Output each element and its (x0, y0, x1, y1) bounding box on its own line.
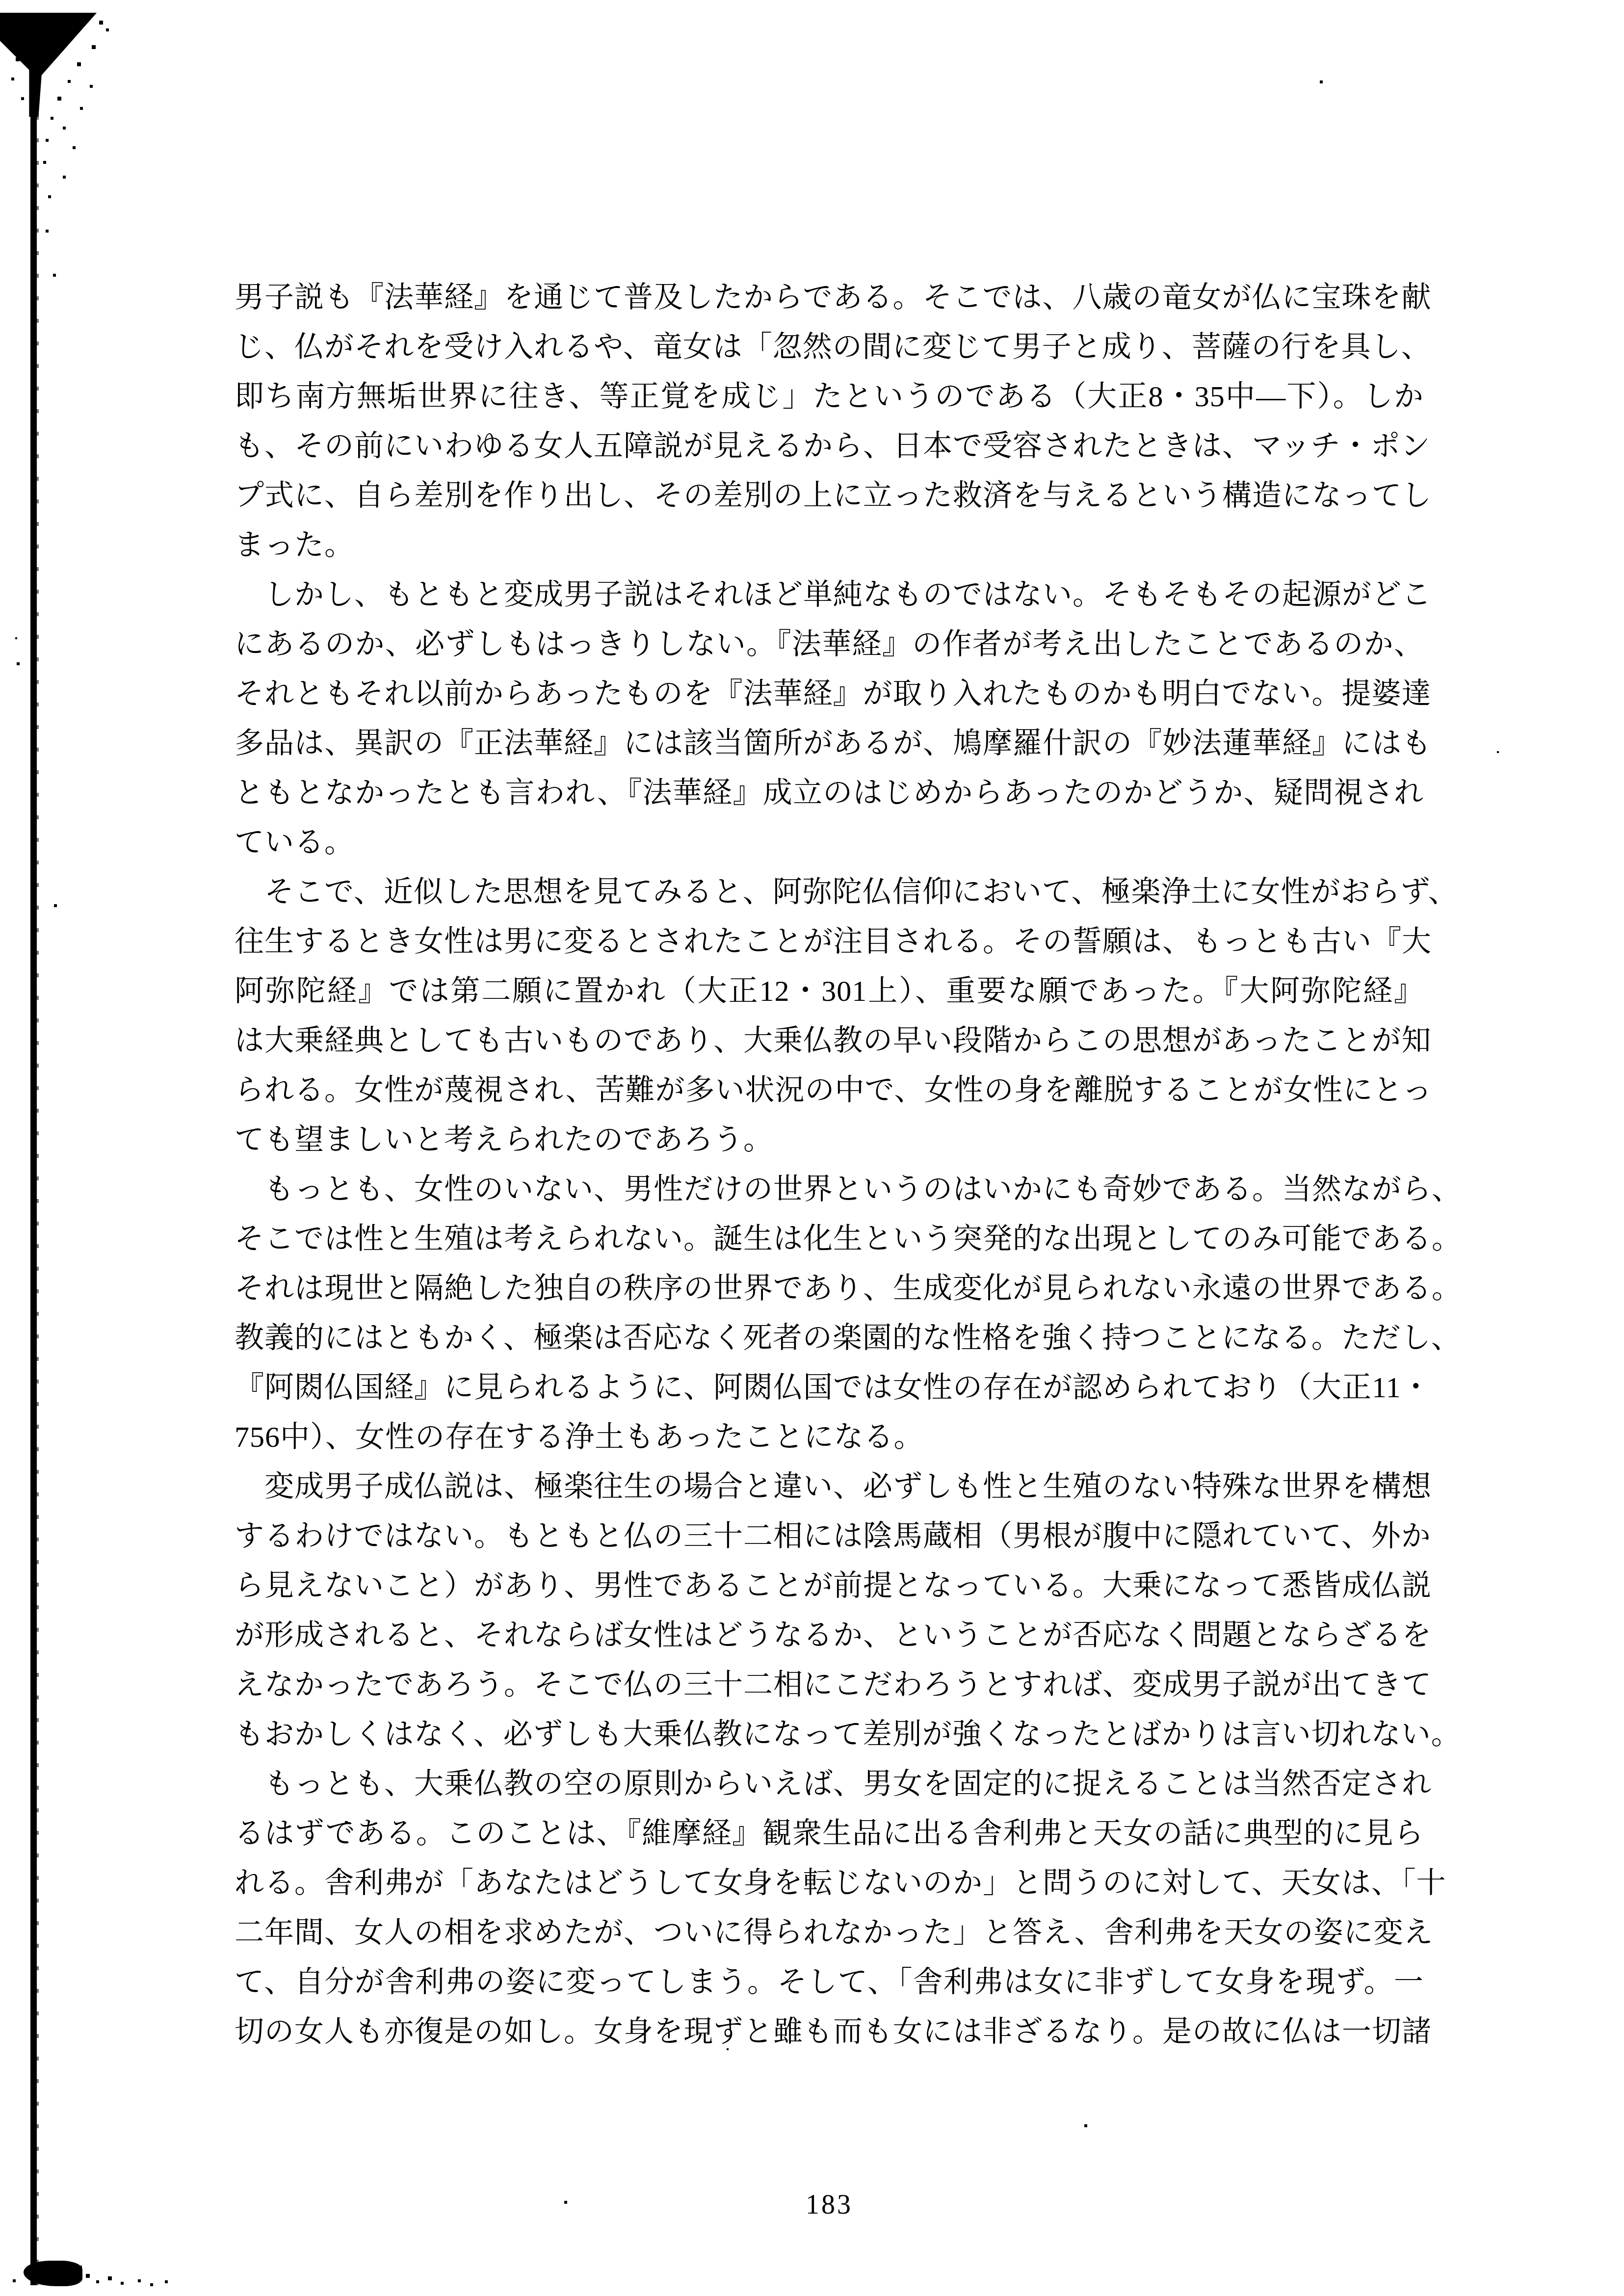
text-line: えなかったであろう。そこで仏の三十二相にこだわろうとすれば、変成男子説が出てきて (235, 1660, 1424, 1710)
text-line: 二年間、女人の相を求めたが、ついに得られなかった」と答え、舎利弗を天女の姿に変え (235, 1908, 1424, 1957)
body-text: 男子説も『法華経』を通じて普及したからである。そこでは、八歳の竜女が仏に宝珠を献… (235, 273, 1424, 2057)
text-line: て、自分が舎利弗の姿に変ってしまう。そして、「舎利弗は女に非ずして女身を現ず。一 (235, 1957, 1424, 2007)
text-line: 教義的にはともかく、極楽は否応なく死者の楽園的な性格を強く持つことになる。ただし… (235, 1313, 1424, 1363)
scan-artifact-corner-triangle (0, 13, 104, 117)
scanned-book-page: 男子説も『法華経』を通じて普及したからである。そこでは、八歳の竜女が仏に宝珠を献… (0, 0, 1624, 2296)
text-line: もおかしくはなく、必ずしも大乗仏教になって差別が強くなったとばかりは言い切れない… (235, 1710, 1424, 1759)
text-line: が形成されると、それならば女性はどうなるか、ということが否応なく問題とならざるを (235, 1611, 1424, 1660)
page-number: 183 (235, 2189, 1424, 2220)
text-line: 切の女人も亦復是の如し。女身を現ずと雖も而も女には非ざるなり。是の故に仏は一切諸 (235, 2007, 1424, 2057)
text-line: 往生するとき女性は男に変るとされたことが注目される。その誓願は、もっとも古い『大 (235, 917, 1424, 966)
text-line: ても望ましいと考えられたのであろう。 (235, 1115, 1424, 1165)
text-line: プ式に、自ら差別を作り出し、その差別の上に立った救済を与えるという構造になってし (235, 471, 1424, 521)
text-line: 即ち南方無垢世界に往き、等正覚を成じ」たというのである（大正8・35中—下）。し… (235, 372, 1424, 421)
text-line: にあるのか、必ずしもはっきりしない。『法華経』の作者が考え出したことであるのか、 (235, 620, 1424, 669)
scan-artifact-specks (0, 0, 1, 1)
text-line: ている。 (235, 818, 1424, 867)
text-line: そこでは性と生殖は考えられない。誕生は化生という突発的な出現としてのみ可能である… (235, 1214, 1424, 1264)
text-line: それともそれ以前からあったものを『法華経』が取り入れたものかも明白でない。提婆達 (235, 669, 1424, 719)
text-line: れる。舎利弗が「あなたはどうして女身を転じないのか」と問うのに対して、天女は、「… (235, 1858, 1424, 1908)
text-line: は大乗経典としても古いものであり、大乗仏教の早い段階からこの思想があったことが知 (235, 1016, 1424, 1066)
text-line: るはずである。このことは、『維摩経』観衆生品に出る舎利弗と天女の話に典型的に見ら (235, 1809, 1424, 1858)
text-line: まった。 (235, 521, 1424, 570)
text-line: られる。女性が蔑視され、苦難が多い状況の中で、女性の身を離脱することが女性にとっ (235, 1066, 1424, 1115)
text-line: するわけではない。もともと仏の三十二相には陰馬蔵相（男根が腹中に隠れていて、外か (235, 1512, 1424, 1561)
text-line: そこで、近似した思想を見てみると、阿弥陀仏信仰において、極楽浄土に女性がおらず、 (235, 867, 1424, 917)
text-line: 変成男子成仏説は、極楽往生の場合と違い、必ずしも性と生殖のない特殊な世界を構想 (235, 1462, 1424, 1512)
text-line: も、その前にいわゆる女人五障説が見えるから、日本で受容されたときは、マッチ・ポン (235, 421, 1424, 471)
text-line: 多品は、異訳の『正法華経』には該当箇所があるが、鳩摩羅什訳の『妙法蓮華経』にはも (235, 719, 1424, 768)
text-line: それは現世と隔絶した独自の秩序の世界であり、生成変化が見られない永遠の世界である… (235, 1264, 1424, 1313)
scan-artifact-left-stripe (30, 93, 37, 2285)
text-line: もっとも、大乗仏教の空の原則からいえば、男女を固定的に捉えることは当然否定され (235, 1759, 1424, 1809)
text-line: もっとも、女性のいない、男性だけの世界というのはいかにも奇妙である。当然ながら、 (235, 1165, 1424, 1214)
text-line: 756中）、女性の存在する浄土もあったことになる。 (235, 1412, 1424, 1462)
text-line: じ、仏がそれを受け入れるや、竜女は「忽然の間に変じて男子と成り、菩薩の行を具し、 (235, 322, 1424, 372)
text-line: 阿弥陀経』では第二願に置かれ（大正12・301上）、重要な願であった。『大阿弥陀… (235, 966, 1424, 1016)
text-line: ら見えないこと）があり、男性であることが前提となっている。大乗になって悉皆成仏説 (235, 1561, 1424, 1611)
text-line: 男子説も『法華経』を通じて普及したからである。そこでは、八歳の竜女が仏に宝珠を献 (235, 273, 1424, 322)
text-line: しかし、もともと変成男子説はそれほど単純なものではない。そもそもその起源がどこ (235, 570, 1424, 620)
text-line: ともとなかったとも言われ、『法華経』成立のはじめからあったのかどうか、疑問視され (235, 768, 1424, 818)
text-line: 『阿閦仏国経』に見られるように、阿閦仏国では女性の存在が認められており（大正11… (235, 1363, 1424, 1412)
